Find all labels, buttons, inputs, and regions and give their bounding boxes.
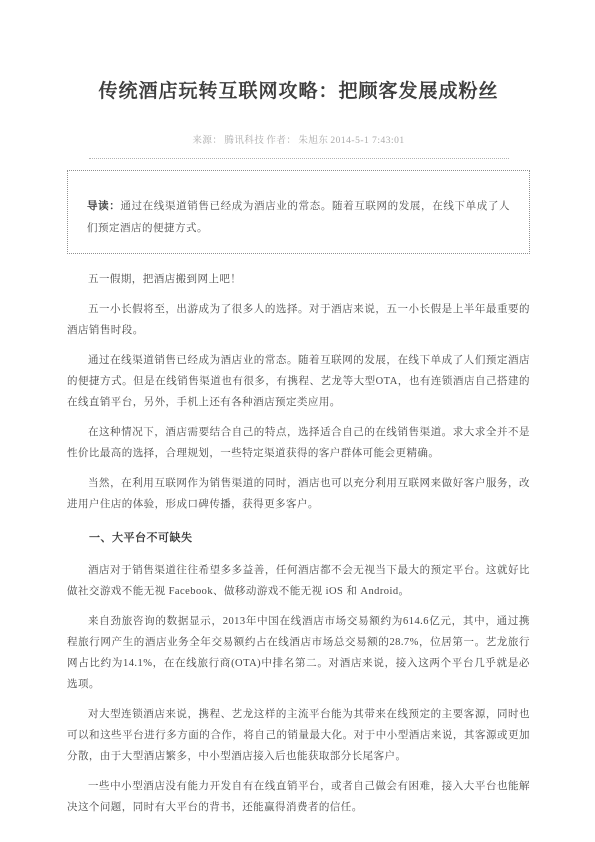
meta-source-label: 来源： (192, 136, 222, 146)
article-title: 传统酒店玩转互联网攻略：把顾客发展成粉丝 (67, 80, 530, 105)
document-page: 传统酒店玩转互联网攻略：把顾客发展成粉丝 来源：腾讯科技作者：朱旭东2014-5… (0, 0, 595, 842)
body-paragraph: 五一小长假将至，出游成为了很多人的选择。对于酒店来说，五一小长假是上半年最重要的… (67, 299, 530, 341)
article-body: 五一假期，把酒店搬到网上吧！ 五一小长假将至，出游成为了很多人的选择。对于酒店来… (67, 269, 530, 818)
lede-text: 通过在线渠道销售已经成为酒店业的常态。随着互联网的发展，在线下单成了人们预定酒店… (87, 201, 510, 234)
body-paragraph: 在这种情况下，酒店需要结合自己的特点，选择适合自己的在线销售渠道。求大求全并不是… (67, 422, 530, 464)
body-paragraph: 当然，在利用互联网作为销售渠道的同时，酒店也可以充分利用互联网来做好客户服务，改… (67, 473, 530, 515)
meta-author-value: 朱旭东 (298, 136, 328, 146)
body-paragraph: 来自劲旅咨询的数据显示，2013年中国在线酒店市场交易额约为614.6亿元，其中… (67, 611, 530, 695)
lede-paragraph: 导读：通过在线渠道销售已经成为酒店业的常态。随着互联网的发展，在线下单成了人们预… (87, 196, 510, 240)
lede-label: 导读： (87, 201, 120, 212)
body-paragraph: 对大型连锁酒店来说，携程、艺龙这样的主流平台能为其带来在线预定的主要客源，同时也… (67, 704, 530, 767)
dotted-divider (89, 158, 509, 159)
lede-box: 导读：通过在线渠道销售已经成为酒店业的常态。随着互联网的发展，在线下单成了人们预… (67, 170, 530, 254)
meta-publish-datetime: 2014-5-1 7:43:01 (330, 136, 404, 146)
body-paragraph: 通过在线渠道销售已经成为酒店业的常态。随着互联网的发展，在线下单成了人们预定酒店… (67, 350, 530, 413)
section-heading: 一、大平台不可缺失 (67, 528, 530, 549)
meta-source-value: 腾讯科技 (224, 136, 264, 146)
article-meta: 来源：腾讯科技作者：朱旭东2014-5-1 7:43:01 (67, 132, 530, 146)
meta-author-label: 作者： (266, 136, 296, 146)
body-paragraph: 一些中小型酒店没有能力开发自有在线直销平台，或者自己做会有困难，接入大平台也能解… (67, 776, 530, 818)
body-paragraph: 五一假期，把酒店搬到网上吧！ (67, 269, 530, 290)
body-paragraph: 酒店对于销售渠道往往希望多多益善，任何酒店都不会无视当下最大的预定平台。这就好比… (67, 560, 530, 602)
